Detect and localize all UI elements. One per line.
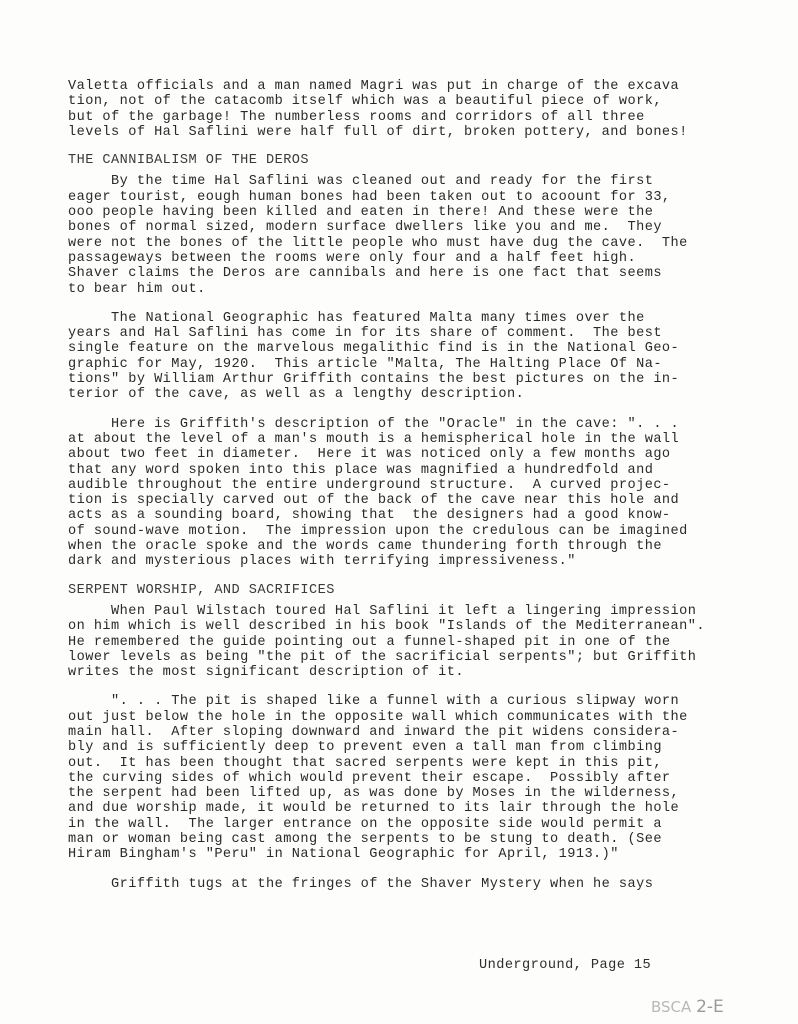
text-line: bly and is sufficiently deep to prevent … [68, 740, 788, 755]
text-line: Griffith tugs at the fringes of the Shav… [68, 877, 788, 892]
text-line: By the time Hal Saflini was cleaned out … [68, 174, 788, 189]
text-line: and due worship made, it would be return… [68, 801, 788, 816]
text-line: tion, not of the catacomb itself which w… [68, 94, 788, 109]
text-line: the serpent had been lifted up, as was d… [68, 786, 788, 801]
section-heading: THE CANNIBALISM OF THE DEROS [68, 153, 788, 168]
text-line: about two feet in diameter. Here it was … [68, 447, 788, 462]
text-line: when the oracle spoke and the words came… [68, 539, 788, 554]
document-page: Valetta officials and a man named Magri … [68, 79, 788, 892]
text-line: ooo people having been killed and eaten … [68, 205, 788, 220]
text-line: in the wall. The larger entrance on the … [68, 817, 788, 832]
section-heading: SERPENT WORSHIP, AND SACRIFICES [68, 583, 788, 598]
text-line: that any word spoken into this place was… [68, 463, 788, 478]
text-line: eager tourist, eough human bones had bee… [68, 190, 788, 205]
text-line: out. It has been thought that sacred ser… [68, 756, 788, 771]
page-footer: Underground, Page 15 [479, 958, 651, 973]
text-line: audible throughout the entire undergroun… [68, 478, 788, 493]
text-line: at about the level of a man's mouth is a… [68, 432, 788, 447]
text-line: but of the garbage! The numberless rooms… [68, 110, 788, 125]
text-line: When Paul Wilstach toured Hal Saflini it… [68, 604, 788, 619]
text-line: out just below the hole in the opposite … [68, 710, 788, 725]
text-line: ". . . The pit is shaped like a funnel w… [68, 694, 788, 709]
archive-stamp: BSCA 2-E [651, 997, 724, 1017]
text-line: acts as a sounding board, showing that t… [68, 508, 788, 523]
paragraph: Here is Griffith's description of the "O… [68, 417, 788, 570]
text-line: Here is Griffith's description of the "O… [68, 417, 788, 432]
text-line: bones of normal sized, modern surface dw… [68, 220, 788, 235]
text-line: terior of the cave, as well as a lengthy… [68, 387, 788, 402]
text-line: of sound-wave motion. The impression upo… [68, 524, 788, 539]
text-line: Shaver claims the Deros are cannibals an… [68, 266, 788, 281]
text-line: were not the bones of the little people … [68, 236, 788, 251]
text-line: lower levels as being "the pit of the sa… [68, 650, 788, 665]
paragraph: When Paul Wilstach toured Hal Saflini it… [68, 604, 788, 680]
text-line: the curving sides of which would prevent… [68, 771, 788, 786]
text-line: passageways between the rooms were only … [68, 251, 788, 266]
text-line: tions" by William Arthur Griffith contai… [68, 372, 788, 387]
paragraph: ". . . The pit is shaped like a funnel w… [68, 694, 788, 862]
archive-stamp-code: 2-E [696, 997, 724, 1017]
text-line: tion is specially carved out of the back… [68, 493, 788, 508]
archive-stamp-faint: BSCA [651, 998, 691, 1016]
text-line: graphic for May, 1920. This article "Mal… [68, 357, 788, 372]
paragraph: By the time Hal Saflini was cleaned out … [68, 174, 788, 296]
text-line: Hiram Bingham's "Peru" in National Geogr… [68, 847, 788, 862]
text-line: dark and mysterious places with terrifyi… [68, 554, 788, 569]
text-line: main hall. After sloping downward and in… [68, 725, 788, 740]
text-line: Valetta officials and a man named Magri … [68, 79, 788, 94]
text-line: He remembered the guide pointing out a f… [68, 635, 788, 650]
text-line: years and Hal Saflini has come in for it… [68, 326, 788, 341]
text-line: writes the most significant description … [68, 665, 788, 680]
text-line: on him which is well described in his bo… [68, 619, 788, 634]
text-line: levels of Hal Saflini were half full of … [68, 125, 788, 140]
text-line: The National Geographic has featured Mal… [68, 311, 788, 326]
paragraph: Valetta officials and a man named Magri … [68, 79, 788, 140]
text-line: single feature on the marvelous megalith… [68, 341, 788, 356]
text-line: to bear him out. [68, 282, 788, 297]
paragraph: The National Geographic has featured Mal… [68, 311, 788, 403]
text-line: man or woman being cast among the serpen… [68, 832, 788, 847]
paragraph: Griffith tugs at the fringes of the Shav… [68, 877, 788, 892]
